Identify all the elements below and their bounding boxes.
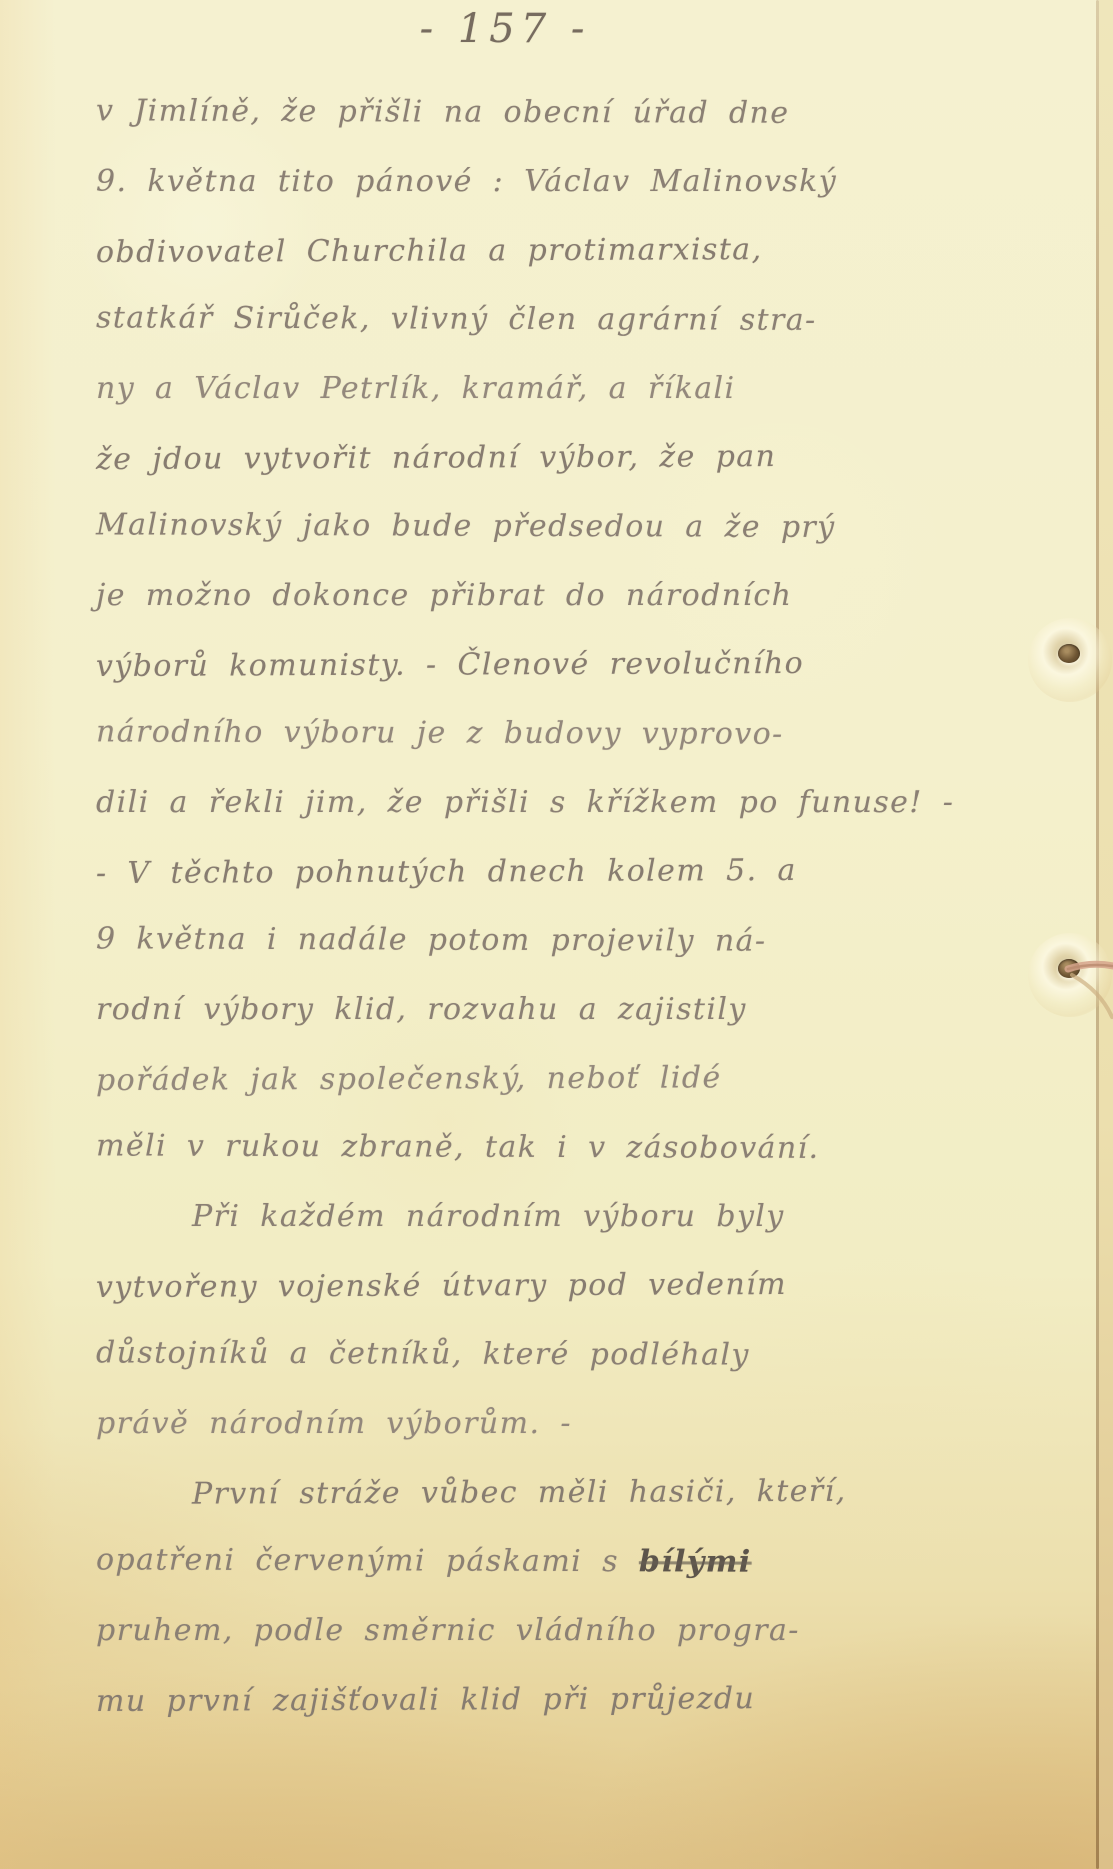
handwritten-line: pruhem, podle směrnic vládního progra- xyxy=(96,1596,1026,1665)
handwritten-line: opatřeni červenými páskami s bílými xyxy=(96,1525,1026,1597)
hole-opening xyxy=(1058,959,1080,978)
handwritten-line: statkář Sirůček, vlivný člen agrární str… xyxy=(96,283,1026,355)
handwritten-line: důstojníků a četníků, které podléhaly xyxy=(96,1318,1026,1390)
handwritten-line: Malinovský jako bude předsedou a že prý xyxy=(96,490,1026,562)
manuscript-lines: v Jimlíně, že přišli na obecní úřad dne9… xyxy=(96,78,1026,1734)
underlying-page-strip xyxy=(1099,0,1113,1869)
handwritten-line: že jdou vytvořit národní výbor, že pan xyxy=(96,421,1026,494)
overwritten-word: bílými xyxy=(639,1544,752,1579)
handwritten-line: rodní výbory klid, rozvahu a zajistily xyxy=(96,975,1026,1044)
manuscript-page: - 157 - v Jimlíně, že přišli na obecní ú… xyxy=(0,0,1113,1869)
handwritten-line: vytvořeny vojenské útvary pod vedením xyxy=(96,1249,1026,1322)
handwritten-line: 9. května tito pánové : Václav Malinovsk… xyxy=(96,147,1026,216)
handwritten-line: První stráže vůbec měli hasiči, kteří, xyxy=(96,1456,1026,1529)
handwritten-line: ny a Václav Petrlík, kramář, a říkali xyxy=(96,354,1026,423)
handwritten-line: výborů komunisty. - Členové revolučního xyxy=(96,628,1026,701)
handwritten-line: je možno dokonce přibrat do národních xyxy=(96,561,1026,630)
handwritten-line: pořádek jak společenský, neboť lidé xyxy=(96,1042,1026,1115)
handwritten-line: v Jimlíně, že přišli na obecní úřad dne xyxy=(96,76,1026,148)
handwritten-line: obdivovatel Churchila a protimarxista, xyxy=(96,214,1026,287)
handwritten-line: právě národním výborům. - xyxy=(96,1389,1026,1458)
handwritten-line: Při každém národním výboru byly xyxy=(96,1182,1026,1251)
handwritten-line: národního výboru je z budovy vyprovo- xyxy=(96,697,1026,769)
handwritten-line: měli v rukou zbraně, tak i v zásobování. xyxy=(96,1111,1026,1183)
handwritten-line: mu první zajišťovali klid při průjezdu xyxy=(96,1663,1026,1736)
handwritten-line: dili a řekli jim, že přišli s křížkem po… xyxy=(96,768,1026,837)
hole-opening xyxy=(1058,644,1080,663)
page-number: - 157 - xyxy=(0,6,1010,52)
handwritten-line: 9 května i nadále potom projevily ná- xyxy=(96,904,1026,976)
handwritten-line: - V těchto pohnutých dnech kolem 5. a xyxy=(96,835,1026,908)
